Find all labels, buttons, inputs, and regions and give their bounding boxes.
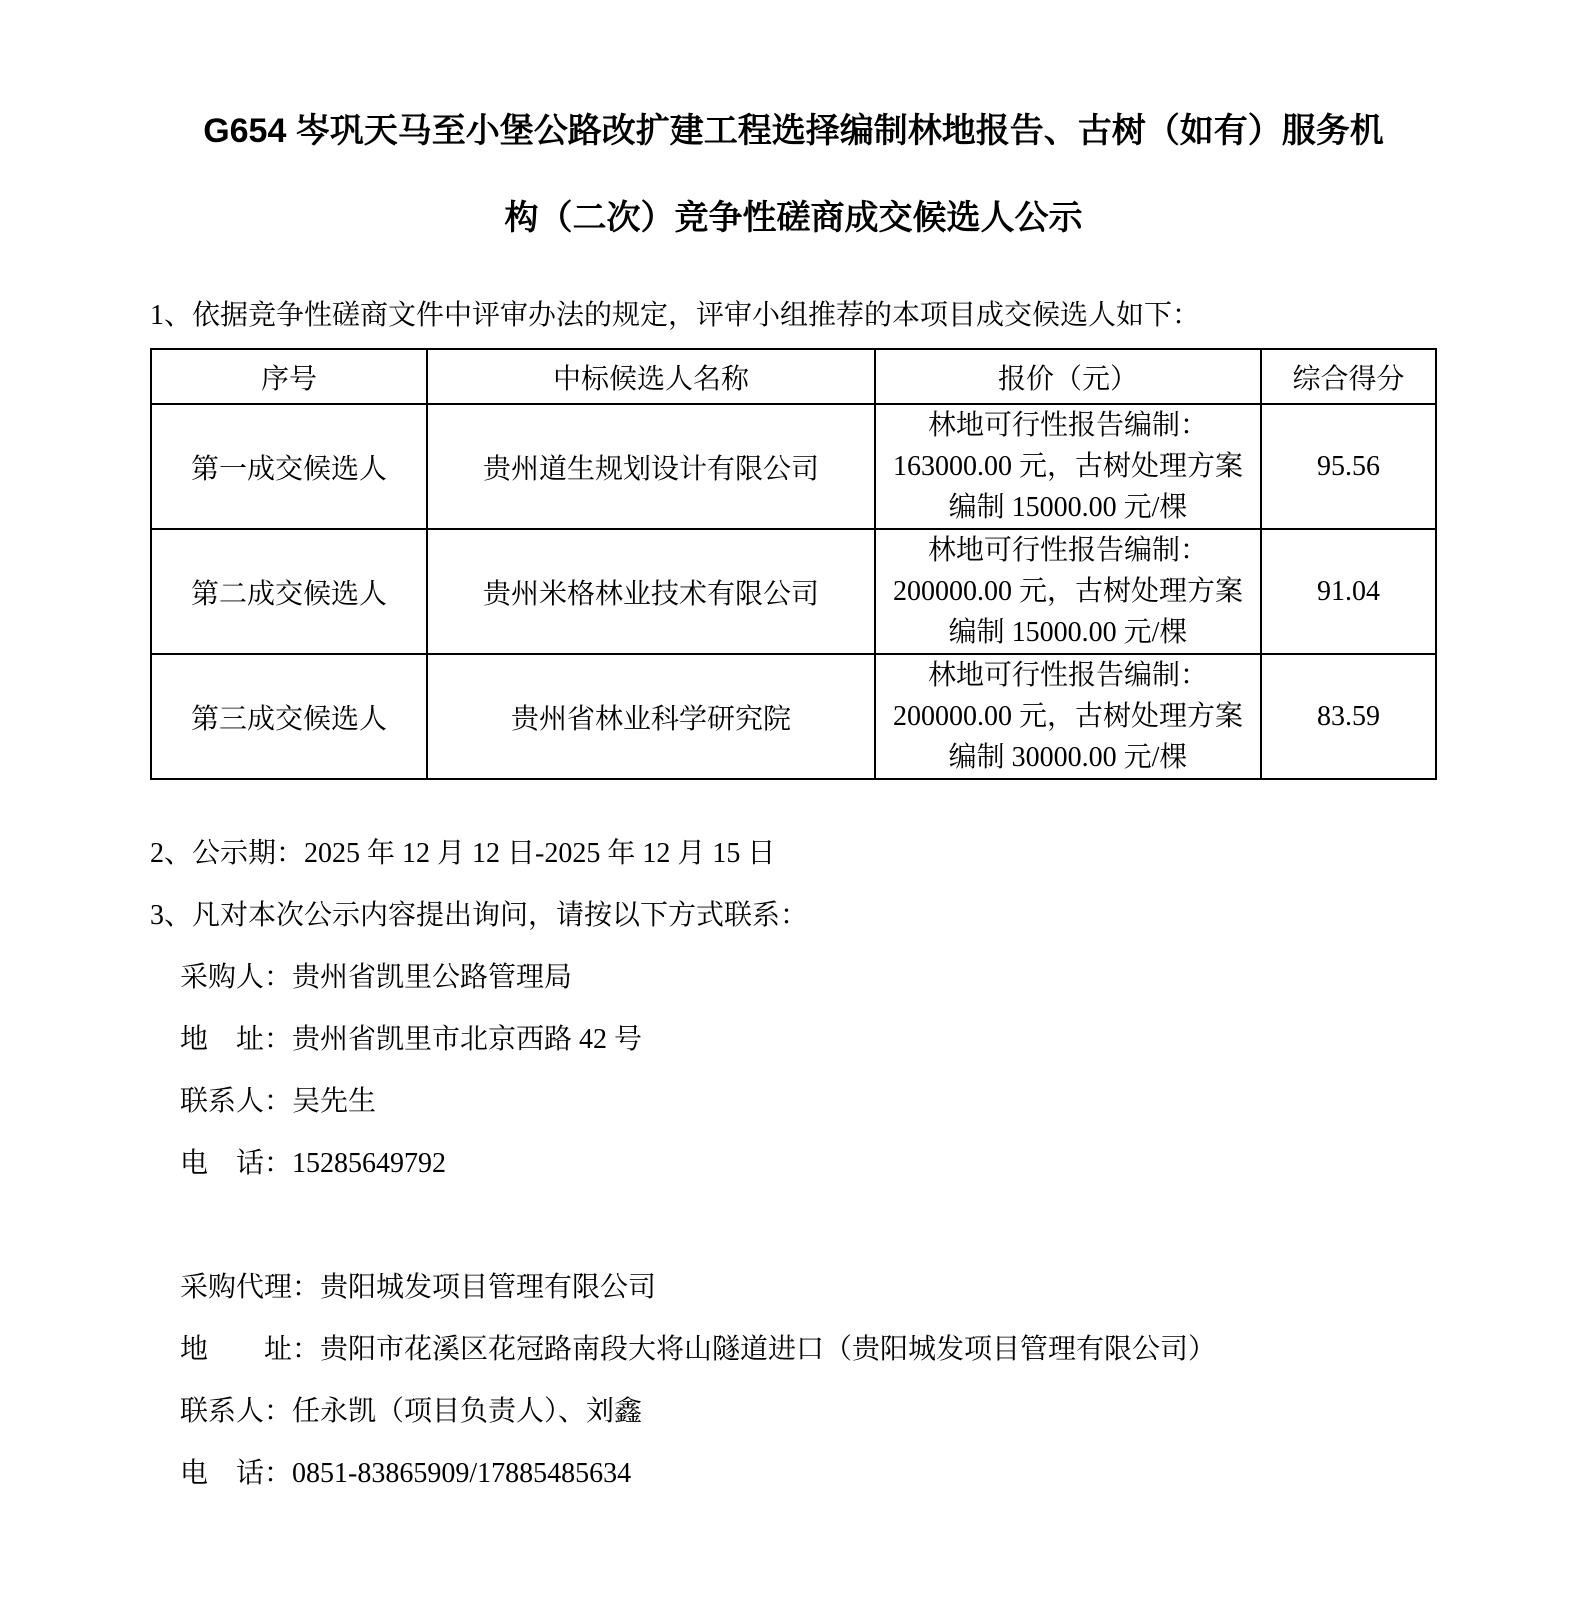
agent-contact-person-line: 联系人：任永凯（项目负责人）、刘鑫 bbox=[180, 1394, 1437, 1430]
candidate-rank: 第三成交候选人 bbox=[151, 654, 427, 779]
candidate-name: 贵州米格林业技术有限公司 bbox=[427, 529, 875, 654]
column-header-price: 报价（元） bbox=[875, 349, 1261, 404]
agent-address-line: 地 址：贵阳市花溪区花冠路南段大将山隧道进口（贵阳城发项目管理有限公司） bbox=[180, 1332, 1437, 1368]
agent-phone-line: 电 话：0851-83865909/17885485634 bbox=[180, 1456, 1437, 1492]
candidate-price: 林地可行性报告编制： 200000.00 元，古树处理方案 编制 30000.0… bbox=[875, 654, 1261, 779]
candidate-score: 83.59 bbox=[1261, 654, 1436, 779]
candidate-price: 林地可行性报告编制： 163000.00 元，古树处理方案 编制 15000.0… bbox=[875, 404, 1261, 529]
publicity-period-line: 2、公示期：2025 年 12 月 12 日-2025 年 12 月 15 日 bbox=[150, 836, 1437, 872]
table-row-first-candidate: 第一成交候选人 贵州道生规划设计有限公司 林地可行性报告编制： 163000.0… bbox=[151, 404, 1436, 529]
candidates-table: 序号 中标候选人名称 报价（元） 综合得分 第一成交候选人 贵州道生规划设计有限… bbox=[150, 348, 1437, 780]
table-row-second-candidate: 第二成交候选人 贵州米格林业技术有限公司 林地可行性报告编制： 200000.0… bbox=[151, 529, 1436, 654]
page-title: G654 岑巩天马至小堡公路改扩建工程选择编制林地报告、古树（如有）服务机 构（… bbox=[150, 88, 1437, 262]
column-header-score: 综合得分 bbox=[1261, 349, 1436, 404]
candidate-price: 林地可行性报告编制： 200000.00 元，古树处理方案 编制 15000.0… bbox=[875, 529, 1261, 654]
candidate-name: 贵州省林业科学研究院 bbox=[427, 654, 875, 779]
purchaser-phone-line: 电 话：15285649792 bbox=[180, 1146, 1437, 1182]
purchaser-contact-block: 采购人：贵州省凯里公路管理局 地 址：贵州省凯里市北京西路 42 号 联系人：吴… bbox=[150, 960, 1437, 1182]
candidate-score: 95.56 bbox=[1261, 404, 1436, 529]
purchaser-contact-person-line: 联系人：吴先生 bbox=[180, 1084, 1437, 1120]
candidate-rank: 第一成交候选人 bbox=[151, 404, 427, 529]
candidate-rank: 第二成交候选人 bbox=[151, 529, 427, 654]
document-page: G654 岑巩天马至小堡公路改扩建工程选择编制林地报告、古树（如有）服务机 构（… bbox=[0, 0, 1587, 1597]
candidate-name: 贵州道生规划设计有限公司 bbox=[427, 404, 875, 529]
agent-contact-block: 采购代理：贵阳城发项目管理有限公司 地 址：贵阳市花溪区花冠路南段大将山隧道进口… bbox=[150, 1270, 1437, 1492]
agent-name-line: 采购代理：贵阳城发项目管理有限公司 bbox=[180, 1270, 1437, 1306]
purchaser-name-line: 采购人：贵州省凯里公路管理局 bbox=[180, 960, 1437, 996]
column-header-seq: 序号 bbox=[151, 349, 427, 404]
intro-line: 1、依据竞争性磋商文件中评审办法的规定，评审小组推荐的本项目成交候选人如下： bbox=[150, 298, 1437, 334]
column-header-candidate-name: 中标候选人名称 bbox=[427, 349, 875, 404]
table-row-third-candidate: 第三成交候选人 贵州省林业科学研究院 林地可行性报告编制： 200000.00 … bbox=[151, 654, 1436, 779]
purchaser-address-line: 地 址：贵州省凯里市北京西路 42 号 bbox=[180, 1022, 1437, 1058]
candidate-score: 91.04 bbox=[1261, 529, 1436, 654]
table-header-row: 序号 中标候选人名称 报价（元） 综合得分 bbox=[151, 349, 1436, 404]
inquiry-instruction-line: 3、凡对本次公示内容提出询问，请按以下方式联系： bbox=[150, 898, 1437, 934]
